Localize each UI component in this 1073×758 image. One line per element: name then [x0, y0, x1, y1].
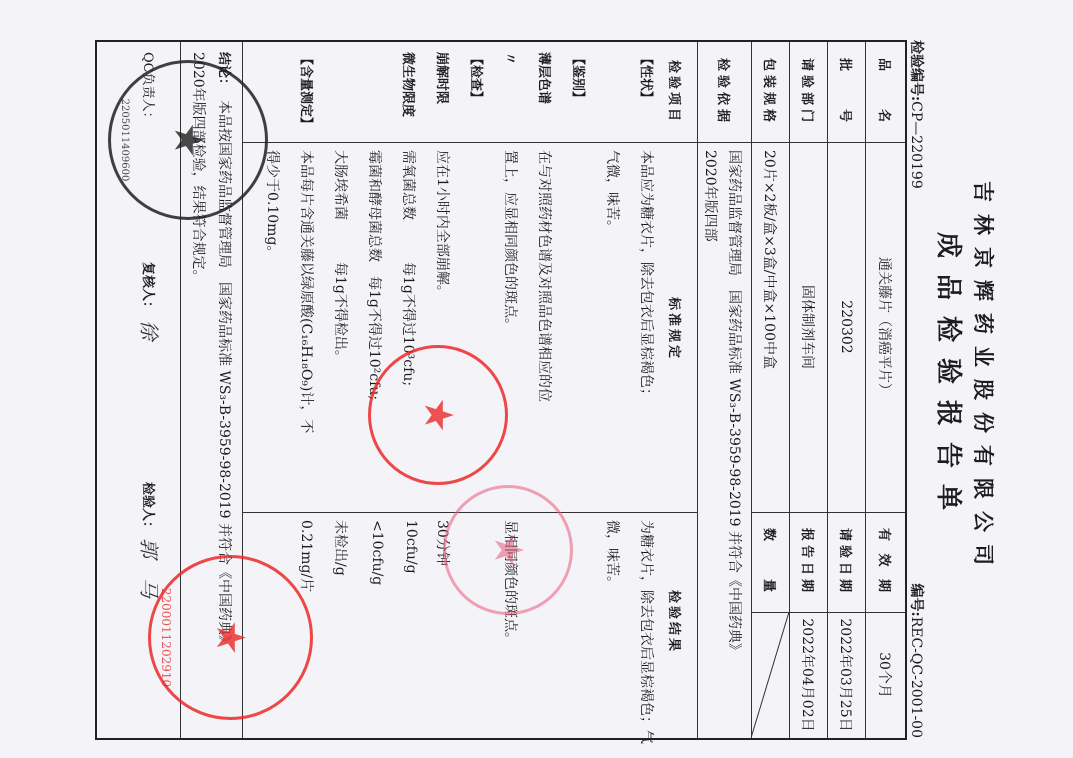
test-result: 10cfu/g	[403, 520, 419, 574]
col-item-header: 检验项目	[666, 60, 685, 124]
report-date-label: 报告日期	[790, 512, 827, 612]
row-package: 包装规格 20片×2板/盒×3盒/中盒×100中盒 数 量	[751, 42, 789, 738]
test-item: 【含量测定】	[298, 52, 317, 130]
package-label: 包装规格	[752, 42, 789, 142]
test-result: 显相同颜色的斑点。	[501, 520, 521, 646]
conclusion-line-2: 2020年版四部检验，结果符合规定。	[189, 52, 209, 284]
test-result: <10cfu/g	[369, 520, 385, 585]
basis-line-1: 国家药品监督管理局 国家药品标准 WS₃-B-3959-98-2019 并符合《…	[725, 150, 745, 657]
document-code-value: REC-QC-2001-00	[908, 617, 924, 738]
signature-block: QC负责人： 复核人： 徐 检验人： 郭 马	[97, 42, 181, 738]
test-standard: 本品应为糖衣片，除去包衣后显棕褐色；	[637, 150, 657, 402]
batch-value: 220302	[828, 142, 865, 512]
row-basis: 检验依据 国家药品监督管理局 国家药品标准 WS₃-B-3959-98-2019…	[697, 42, 751, 738]
basis-line-2: 2020年版四部	[701, 150, 721, 242]
test-number-label: 检验编号:	[908, 40, 924, 101]
qc-label: QC负责人：	[140, 52, 159, 125]
report-date-value: 2022年04月02日	[790, 612, 827, 738]
conclusion-line-1: 本品按国家药品监督管理局 国家药品标准 WS₃-B-3959-98-2019 并…	[215, 100, 235, 649]
test-standard: 气微，味苦。	[603, 150, 623, 234]
test-standard: 在与对照药材色谱及对照品色谱相应的位	[535, 150, 555, 402]
document-code: 编号:REC-QC-2001-00	[907, 584, 927, 738]
product-name-label: 品 名	[866, 42, 905, 142]
conclusion-label: 结论：	[216, 52, 235, 91]
col-standard-header: 标准规定	[666, 297, 685, 361]
inspector-label: 检验人：	[140, 482, 159, 534]
test-number-value: CP—220199	[908, 101, 924, 189]
inspector-signature: 郭 马	[136, 538, 165, 598]
test-result: 0.21mg/片	[297, 520, 317, 592]
test-item: 【性状】	[638, 52, 657, 104]
document-code-label: 编号:	[908, 584, 924, 617]
validity-value: 30个月	[866, 612, 905, 738]
quantity-label: 数 量	[752, 512, 789, 612]
row-product: 品 名 通关藤片（消癌平片） 有 效 期 30个月	[865, 42, 905, 738]
dept-value: 固体制剂车间	[790, 142, 827, 512]
test-standard: 得少于0.10mg。	[263, 150, 283, 259]
inspection-report-sheet: 吉林京辉药业股份有限公司 成品检验报告单 检验编号:CP—220199 编号:R…	[0, 0, 1073, 758]
quantity-strike	[751, 612, 789, 738]
validity-label: 有 效 期	[866, 512, 905, 612]
request-date-label: 请验日期	[828, 512, 865, 612]
request-date-value: 2022年03月25日	[828, 612, 865, 738]
product-name-value: 通关藤片（消癌平片）	[866, 142, 905, 512]
test-item: 〃	[502, 52, 521, 65]
tests-block: 检验项目 标准规定 检验结果 【性状】本品应为糖衣片，除去包衣后显棕褐色；为糖衣…	[242, 42, 697, 738]
reviewer-signature: 徐	[136, 320, 165, 340]
test-item: 薄层色谱	[536, 52, 555, 104]
row-dept: 请验部门 固体制剂车间 报告日期 2022年04月02日	[789, 42, 827, 738]
test-result: 为糖衣片，除去包衣后显棕褐色；气	[637, 520, 657, 744]
test-standard: 应在1小时内全部崩解。	[433, 150, 453, 299]
conclusion-block: 结论： 本品按国家药品监督管理局 国家药品标准 WS₃-B-3959-98-20…	[180, 42, 243, 738]
reviewer-label: 复核人：	[140, 262, 159, 314]
test-result: 未检出/g	[331, 520, 351, 576]
test-item: 【鉴别】	[570, 52, 589, 104]
test-item: 【检查】	[468, 52, 487, 104]
row-batch: 批 号 220302 请验日期 2022年03月25日	[827, 42, 865, 738]
dept-label: 请验部门	[790, 42, 827, 142]
test-standard: 需氧菌总数 每1g不得过10³cfu;	[399, 150, 419, 386]
test-standard: 本品每片含通关藤以绿原酸(C₁₆H₁₈O₉)计，不	[297, 150, 317, 433]
report-title: 成品检验报告单	[932, 0, 969, 758]
report-table: 品 名 通关藤片（消癌平片） 有 效 期 30个月 批 号 220302 请验日…	[95, 40, 907, 740]
test-item: 微生物限度	[400, 52, 419, 117]
test-result: 30分钟	[433, 520, 453, 566]
company-name: 吉林京辉药业股份有限公司	[969, 0, 999, 758]
test-standard: 置上，应显相同颜色的斑点。	[501, 150, 521, 332]
basis-label: 检验依据	[698, 42, 751, 142]
test-result: 微，味苦。	[603, 520, 623, 590]
col-result-header: 检验结果	[666, 590, 685, 654]
test-item: 崩解时限	[434, 52, 453, 104]
package-value: 20片×2板/盒×3盒/中盒×100中盒	[752, 150, 789, 512]
test-standard: 霉菌和酵母菌总数 每1g不得过10²cfu;	[365, 150, 385, 400]
test-standard: 大肠埃希菌 每1g不得检出。	[331, 150, 351, 364]
test-number: 检验编号:CP—220199	[907, 40, 927, 189]
batch-label: 批 号	[828, 42, 865, 142]
